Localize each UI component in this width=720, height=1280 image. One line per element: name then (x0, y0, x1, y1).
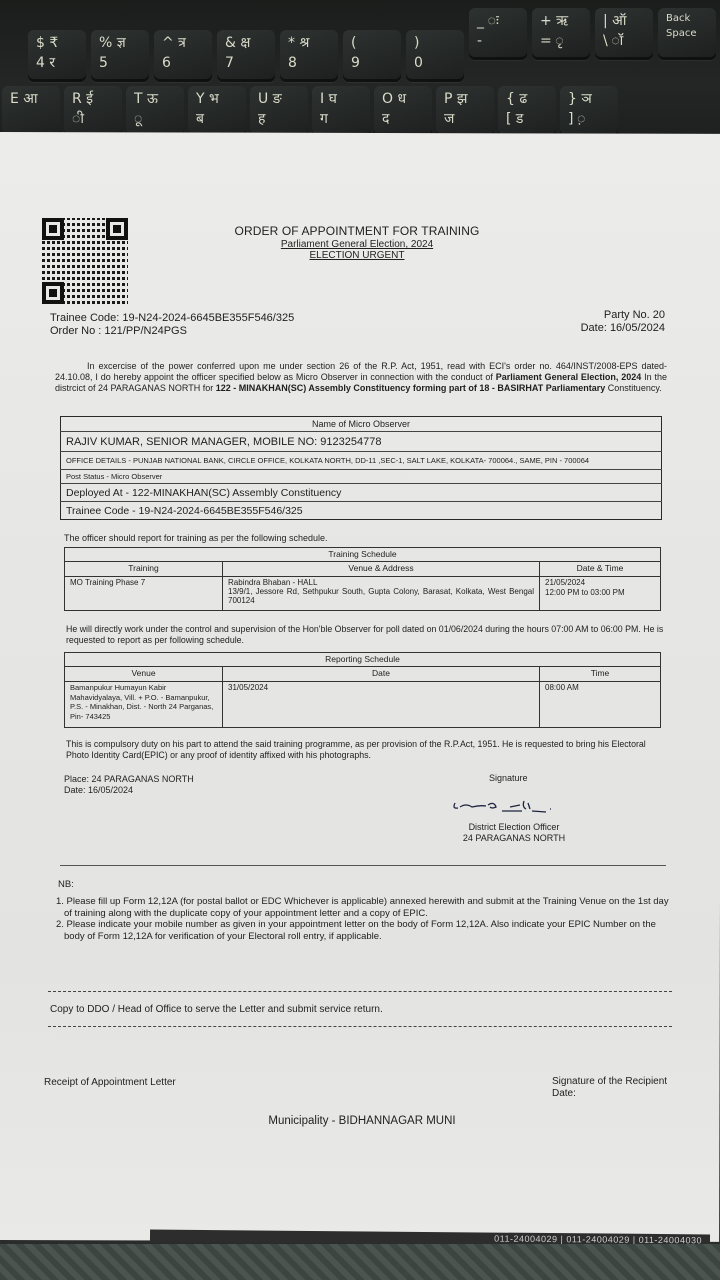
key-label: + ऋ (540, 13, 582, 29)
keyboard-key: % ज्ञ5 (91, 30, 149, 82)
dashed-divider (48, 1026, 672, 1027)
key-label: ^ त्र (162, 35, 204, 51)
issue-date: Date: 16/05/2024 (64, 785, 194, 796)
keyboard-key: ^ त्र6 (154, 30, 212, 82)
key-label: 5 (99, 55, 141, 71)
key-label: _ ः (477, 13, 519, 29)
keyboard-key: U ङह (250, 86, 308, 138)
observer-deployment: Deployed At - 122-MINAKHAN(SC) Assembly … (61, 484, 662, 502)
reporting-caption: Reporting Schedule (65, 653, 661, 667)
key-label: % ज्ञ (99, 35, 141, 51)
place: Place: 24 PARAGANAS NORTH (64, 774, 194, 785)
keyboard-key: _ ः- (469, 8, 527, 60)
municipality: Municipality - BIDHANNAGAR MUNI (0, 1115, 720, 1127)
column-header: Time (540, 667, 661, 682)
key-label: P झ (444, 91, 486, 107)
key-label: I घ (320, 91, 362, 107)
training-time: 12:00 PM to 03:00 PM (545, 588, 655, 598)
observer-office: OFFICE DETAILS - PUNJAB NATIONAL BANK, C… (61, 452, 662, 470)
key-label: Space (666, 28, 708, 39)
nb-item: 2. Please indicate your mobile number as… (56, 919, 676, 942)
recipient-date-label: Date: (552, 1088, 667, 1100)
key-label: * श्र (288, 35, 330, 51)
column-header: Date (223, 667, 540, 682)
keyboard-key: I घग (312, 86, 370, 138)
key-label: { ढ (506, 91, 548, 107)
key-label: Y भ (196, 91, 238, 107)
column-header: Venue & Address (223, 562, 540, 577)
training-date: 21/05/2024 (545, 578, 655, 588)
receipt-label: Receipt of Appointment Letter (44, 1077, 176, 1088)
keyboard-key: )0 (406, 30, 464, 82)
election-subtitle: Parliament General Election, 2024 (0, 239, 714, 250)
section-divider (60, 865, 666, 866)
keyboard-key: } ञ] ़ (560, 86, 618, 138)
micro-observer-box: Name of Micro Observer RAJIV KUMAR, SENI… (60, 416, 662, 520)
keyboard-key: R ईी (64, 86, 122, 138)
keyboard-key: O धद (374, 86, 432, 138)
key-label: U ङ (258, 91, 300, 107)
reporting-intro: He will directly work under the control … (66, 624, 666, 646)
constituency-name: 122 - MINAKHAN(SC) Assembly Constituency… (216, 383, 606, 393)
keyboard-key: { ढ[ ड (498, 86, 556, 138)
key-label: E आ (10, 91, 52, 107)
keyboard-key: T ऊू (126, 86, 184, 138)
key-label: [ ड (506, 111, 548, 127)
officer-district: 24 PARAGANAS NORTH (455, 833, 573, 844)
party-meta: Party No. 20 Date: 16/05/2024 (581, 309, 665, 335)
column-header: Date & Time (540, 562, 661, 577)
duty-notice: This is compulsory duty on his part to a… (66, 739, 666, 761)
training-venue: Rabindra Bhaban - HALL 13/9/1, Jessore R… (223, 577, 540, 611)
keyboard-key: & क्ष7 (217, 30, 275, 82)
key-label: ) (414, 35, 456, 51)
key-label: } ञ (568, 91, 610, 107)
officer-title: District Election Officer (455, 822, 573, 833)
key-label: \ ॉ (603, 33, 645, 49)
keyboard-key: $ ₹4 र (28, 30, 86, 82)
training-intro: The officer should report for training a… (64, 533, 327, 543)
key-label: = ृ (540, 33, 582, 49)
keyboard-key: (9 (343, 30, 401, 82)
party-number: Party No. 20 (581, 309, 665, 322)
table-row: Bamanpukur Humayun Kabir Mahavidyalaya, … (65, 682, 661, 728)
key-label: ब (196, 111, 238, 127)
reporting-venue: Bamanpukur Humayun Kabir Mahavidyalaya, … (65, 682, 223, 728)
key-label: 4 र (36, 55, 78, 71)
order-date: Date: 16/05/2024 (581, 322, 665, 335)
table-row: MO Training Phase 7 Rabindra Bhaban - HA… (65, 577, 661, 611)
election-name: Parliament General Election, 2024 (496, 372, 642, 382)
keyboard-key: E आ (2, 86, 60, 138)
district-election-officer: District Election Officer 24 PARAGANAS N… (455, 822, 573, 844)
order-number: Order No : 121/PP/N24PGS (50, 325, 294, 338)
keyboard-key: | ऑ\ ॉ (595, 8, 653, 60)
keyboard-key: * श्र8 (280, 30, 338, 82)
observer-heading: Name of Micro Observer (61, 417, 662, 432)
keyboard-key: Y भब (188, 86, 246, 138)
training-datetime: 21/05/2024 12:00 PM to 03:00 PM (540, 577, 661, 611)
observer-post-status: Post Status - Micro Observer (61, 470, 662, 484)
place-date: Place: 24 PARAGANAS NORTH Date: 16/05/20… (64, 774, 194, 796)
key-label: R ई (72, 91, 114, 107)
key-label: | ऑ (603, 13, 645, 29)
training-caption: Training Schedule (65, 548, 661, 562)
keyboard-key: + ऋ= ृ (532, 8, 590, 60)
recipient-signature-label: Signature of the Recipient (552, 1076, 667, 1088)
key-label: - (477, 33, 519, 49)
key-label: 0 (414, 55, 456, 71)
nb-label: NB: (58, 879, 74, 890)
urgency-label: ELECTION URGENT (0, 250, 714, 261)
signature-label: Signature (489, 773, 528, 783)
key-label: ज (444, 111, 486, 127)
nb-item: 1. Please fill up Form 12,12A (for posta… (56, 896, 676, 919)
signature-icon (450, 795, 570, 819)
reporting-time: 08:00 AM (540, 682, 661, 728)
dashed-divider (48, 991, 672, 992)
keyboard-key: BackSpace (658, 8, 716, 60)
appointment-paragraph: In excercise of the power conferred upon… (55, 361, 667, 394)
recipient-signature-block: Signature of the Recipient Date: (552, 1076, 667, 1100)
key-label: Back (666, 13, 708, 24)
observer-name: RAJIV KUMAR, SENIOR MANAGER, MOBILE NO: … (61, 432, 662, 452)
floor-background (0, 1244, 720, 1280)
training-schedule-table: Training Schedule Training Venue & Addre… (64, 547, 661, 611)
key-label: ( (351, 35, 393, 51)
key-label: ह (258, 111, 300, 127)
keyboard-key: P झज (436, 86, 494, 138)
order-meta: Trainee Code: 19-N24-2024-6645BE355F546/… (50, 312, 294, 338)
reporting-schedule-table: Reporting Schedule Venue Date Time Baman… (64, 652, 661, 728)
reporting-date: 31/05/2024 (223, 682, 540, 728)
key-label: 9 (351, 55, 393, 71)
copy-to-ddo: Copy to DDO / Head of Office to serve th… (50, 1004, 383, 1015)
key-label: ग (320, 111, 362, 127)
column-header: Training (65, 562, 223, 577)
document-title: ORDER OF APPOINTMENT FOR TRAINING (0, 224, 714, 238)
key-label: 6 (162, 55, 204, 71)
nb-list: 1. Please fill up Form 12,12A (for posta… (56, 896, 676, 942)
key-label: O ध (382, 91, 424, 107)
column-header: Venue (65, 667, 223, 682)
key-label: ी (72, 111, 114, 127)
observer-trainee-code: Trainee Code - 19-N24-2024-6645BE355F546… (61, 502, 662, 520)
intro-text: Constituency. (605, 383, 661, 393)
key-label: ] ़ (568, 111, 610, 127)
key-label: T ऊ (134, 91, 176, 107)
key-label: द (382, 111, 424, 127)
key-label: 7 (225, 55, 267, 71)
key-label: ू (134, 111, 176, 127)
venue-address: 13/9/1, Jessore Rd, Sethpukur South, Gup… (228, 587, 534, 605)
key-label: 8 (288, 55, 330, 71)
venue-name: Rabindra Bhaban - HALL (228, 578, 534, 587)
key-label: & क्ष (225, 35, 267, 51)
trainee-code: Trainee Code: 19-N24-2024-6645BE355F546/… (50, 312, 294, 325)
keyboard-background: $ ₹4 र% ज्ञ5^ त्र6& क्ष7* श्र8(9)0_ ः-+ … (0, 0, 720, 140)
qr-finder-icon (42, 282, 64, 304)
key-label: $ ₹ (36, 35, 78, 51)
training-name: MO Training Phase 7 (65, 577, 223, 611)
